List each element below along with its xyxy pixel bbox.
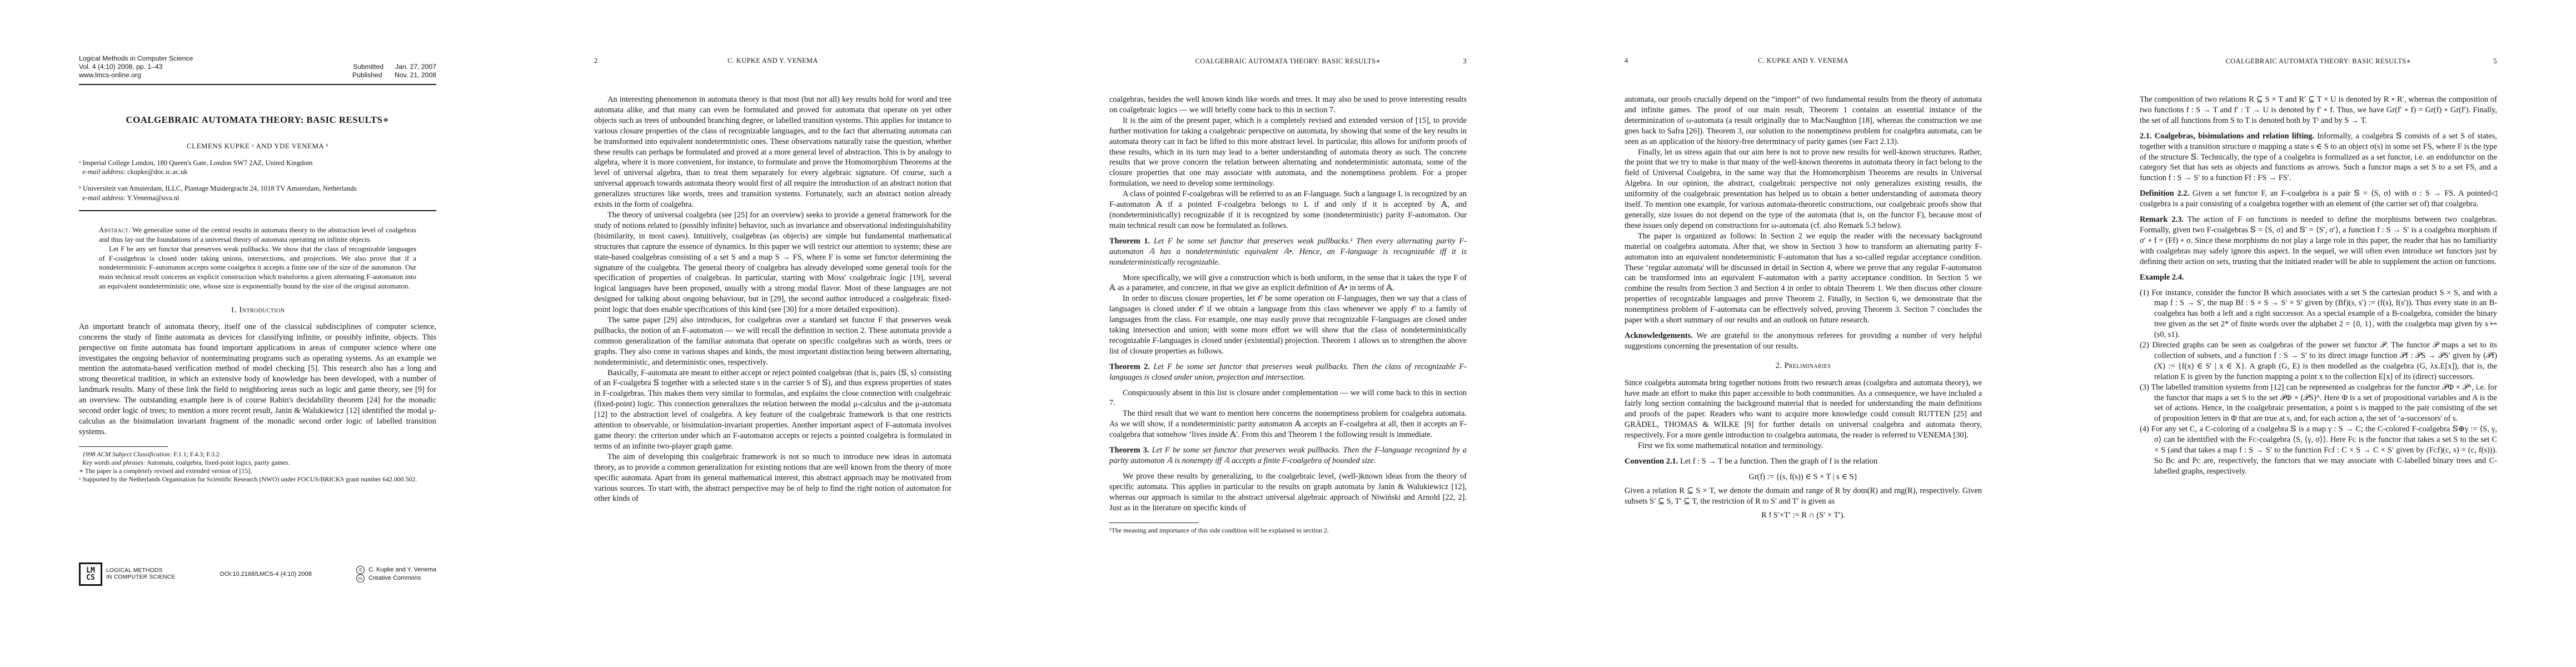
theorem-2-label: Theorem 2.	[1109, 362, 1150, 371]
footnote-acm: 1998 ACM Subject Classification: F.1.1; …	[79, 450, 436, 459]
paragraph: The aim of developing this coalgebraic f…	[594, 452, 951, 505]
page-2-body: An interesting phenomenon in automata th…	[594, 94, 951, 504]
restriction-formula: R↾S′×T′ := R ∩ (S′ × T′).	[1625, 510, 1982, 521]
running-head: COALGEBRAIC AUTOMATA THEORY: BASIC RESUL…	[1109, 57, 1467, 66]
page-1: Logical Methods in Computer Science Vol.…	[0, 0, 515, 667]
page-5: COALGEBRAIC AUTOMATA THEORY: BASIC RESUL…	[2061, 0, 2576, 667]
theorem-3-statement: Let F be some set functor that preserves…	[1109, 446, 1467, 465]
title-block-rule	[79, 210, 436, 211]
paragraph: In order to discuss closure properties, …	[1109, 293, 1467, 356]
cc-row: cc Creative Commons	[356, 574, 436, 583]
paragraph: We prove these results by generalizing, …	[1109, 471, 1467, 514]
example-item: (2) Directed graphs can be seen as coalg…	[2140, 340, 2497, 382]
example-2-4-label: Example 2.4.	[2140, 272, 2497, 283]
lmcs-logo-icon: LM CS	[79, 563, 102, 586]
affiliation-a-email: e-mail address: ckupke@doc.ic.ac.uk	[79, 167, 436, 176]
journal-url: www.lmcs-online.org	[79, 71, 193, 79]
running-head: 4 C. KUPKE AND Y. VENEMA	[1625, 57, 1982, 65]
theorem-1-label: Theorem 1.	[1109, 237, 1150, 246]
email-value: : Y.Venema@uva.nl	[123, 194, 179, 202]
copyright-icon: ©	[356, 566, 365, 574]
page-1-content: Logical Methods in Computer Science Vol.…	[79, 54, 436, 484]
running-head: COALGEBRAIC AUTOMATA THEORY: BASIC RESUL…	[2140, 57, 2497, 66]
authors-line: CLEMENS KUPKE ᵃ AND YDE VENEMA ᵇ	[79, 142, 436, 151]
remark-label: Remark 2.3.	[2140, 215, 2184, 224]
section-heading-preliminaries: 2. Preliminaries	[1625, 361, 1982, 371]
page-number: 2	[594, 57, 613, 65]
footnote-keywords: Key words and phrases: Automata, coalgeb…	[79, 459, 436, 467]
footnote-grant: ᵃ Supported by the Netherlands Organisat…	[79, 475, 436, 484]
page-3: COALGEBRAIC AUTOMATA THEORY: BASIC RESUL…	[1030, 0, 1546, 667]
paragraph: The paper is organized as follows: In Se…	[1625, 231, 1982, 326]
submitted-date: Jan. 27, 2007	[395, 63, 436, 71]
paper-title: COALGEBRAIC AUTOMATA THEORY: BASIC RESUL…	[79, 114, 436, 126]
definition-2-2: ◁Definition 2.2. Given a set functor F, …	[2140, 188, 2497, 210]
paragraph: The third result that we want to mention…	[1109, 409, 1467, 440]
theorem-2-statement: Let F be some set functor that preserves…	[1109, 362, 1467, 382]
page-number: 4	[1625, 57, 1643, 65]
publisher-brand: LOGICAL METHODS IN COMPUTER SCIENCE	[106, 568, 176, 581]
email-label: e-mail address	[82, 194, 123, 202]
abstract-text-1: We generalize some of the central result…	[99, 226, 416, 243]
journal-volume: Vol. 4 (4:10) 2008, pp. 1–43	[79, 63, 193, 71]
paragraph: A class of pointed F-coalgebras will be …	[1109, 189, 1467, 231]
subsection-2-1: 2.1. Coalgebras, bisimulations and relat…	[2140, 131, 2497, 184]
submitted-label: Submitted	[353, 63, 387, 71]
intro-paragraph: An important branch of automata theory, …	[79, 322, 436, 437]
running-head-title: COALGEBRAIC AUTOMATA THEORY: BASIC RESUL…	[2159, 57, 2478, 66]
abstract-label: Abstract.	[99, 226, 131, 234]
paragraph: Finally, let us stress again that our ai…	[1625, 147, 1982, 231]
running-head-title: COALGEBRAIC AUTOMATA THEORY: BASIC RESUL…	[1128, 57, 1448, 66]
cc-label: Creative Commons	[368, 574, 421, 583]
theorem-3-label: Theorem 3.	[1109, 446, 1149, 455]
paragraph: The composition of two relations R ⊆ S ×…	[2140, 94, 2497, 126]
footnote-rule	[1109, 522, 1198, 523]
published-date: Nov. 21, 2008	[395, 71, 436, 79]
email-label: e-mail address	[82, 168, 123, 176]
doi-text: DOI:10.2168/LMCS-4 (4:10) 2008	[176, 571, 357, 578]
graph-formula: Gr(f) := {(s, f(s)) ∈ S × T | s ∈ S}	[1625, 472, 1982, 482]
abstract-paragraph-2: Let F be any set functor that preserves …	[99, 245, 416, 291]
published-label: Published	[352, 71, 387, 79]
paragraph: More specifically, we will give a constr…	[1109, 273, 1467, 294]
paragraph: Basically, F-automata are meant to eithe…	[594, 368, 951, 452]
acknowledgements-label: Acknowledgements.	[1625, 331, 1693, 340]
subsection-2-1-label: 2.1. Coalgebras, bisimulations and relat…	[2140, 132, 2314, 141]
page-number: 3	[1448, 57, 1467, 66]
theorem-3: Theorem 3. Let F be some set functor tha…	[1109, 445, 1467, 466]
copyright-holders: C. Kupke and Y. Venema	[368, 566, 436, 574]
publisher-footer: LM CS LOGICAL METHODS IN COMPUTER SCIENC…	[79, 563, 436, 586]
affiliation-a-address: ᵃ Imperial College London, 180 Queen's G…	[79, 158, 436, 167]
journal-info: Logical Methods in Computer Science Vol.…	[79, 54, 193, 80]
submitted-row: Submitted Jan. 27, 2007	[352, 63, 436, 71]
theorem-1: Theorem 1. Let F be some set functor tha…	[1109, 236, 1467, 268]
convention-label: Convention 2.1.	[1625, 457, 1678, 466]
abstract-paragraph-1: Abstract. We generalize some of the cent…	[99, 226, 416, 245]
keywords-list: Automata, coalgebra, fixed-point logics,…	[146, 459, 290, 466]
paragraph: automata, our proofs crucially depend on…	[1625, 94, 1982, 147]
brand-line-2: IN COMPUTER SCIENCE	[106, 574, 176, 581]
creative-commons-icon: cc	[356, 574, 365, 583]
page-5-body: The composition of two relations R ⊆ S ×…	[2140, 94, 2497, 477]
example-item: (1) For instance, consider the functor B…	[2140, 288, 2497, 341]
footnote-star: ∗ The paper is a completely revised and …	[79, 467, 436, 475]
definition-text: Given a set functor F, an F-coalgebra is…	[2140, 189, 2491, 208]
definition-end-mark: ◁	[2491, 188, 2497, 199]
brand-line-1: LOGICAL METHODS	[106, 568, 176, 574]
paragraph: coalgebras, besides the well known kinds…	[1109, 94, 1467, 116]
affiliation-b-email: e-mail address: Y.Venema@uva.nl	[79, 193, 436, 202]
journal-masthead: Logical Methods in Computer Science Vol.…	[79, 54, 436, 80]
paragraph: It is the aim of the present paper, whic…	[1109, 116, 1467, 189]
affiliation-a: ᵃ Imperial College London, 180 Queen's G…	[79, 158, 436, 177]
theorem-2: Theorem 2. Let F be some set functor tha…	[1109, 362, 1467, 383]
definition-label: Definition 2.2.	[2140, 189, 2189, 198]
published-row: Published Nov. 21, 2008	[352, 71, 436, 79]
acm-codes: F.1.1; F.4.3; F.3.2.	[172, 450, 221, 458]
paragraph: The theory of universal coalgebra (see […	[594, 210, 951, 315]
paragraph: First we fix some mathematical notation …	[1625, 441, 1982, 451]
page-3-body: coalgebras, besides the well known kinds…	[1109, 94, 1467, 535]
paragraph: An interesting phenomenon in automata th…	[594, 94, 951, 210]
affiliation-b-address: ᵇ Universiteit van Amsterdam, ILLC, Plan…	[79, 184, 436, 193]
page-4: 4 C. KUPKE AND Y. VENEMA automata, our p…	[1546, 0, 2061, 667]
paragraph: Given a relation R ⊆ S × T, we denote th…	[1625, 486, 1982, 507]
example-item: (4) For any set C, a C-coloring of a coa…	[2140, 424, 2497, 477]
section-heading-introduction: 1. Introduction	[79, 306, 436, 315]
rights-block: © C. Kupke and Y. Venema cc Creative Com…	[356, 566, 436, 583]
affiliation-b: ᵇ Universiteit van Amsterdam, ILLC, Plan…	[79, 184, 436, 202]
acm-label: 1998 ACM Subject Classification:	[82, 450, 172, 458]
running-head-authors: C. KUPKE AND Y. VENEMA	[1643, 57, 1963, 65]
footnote-1: ¹The meaning and importance of this side…	[1109, 526, 1467, 535]
footnote-rule	[79, 446, 168, 447]
keywords-label: Key words and phrases:	[82, 459, 146, 466]
submission-dates: Submitted Jan. 27, 2007 Published Nov. 2…	[352, 63, 436, 79]
journal-name: Logical Methods in Computer Science	[79, 54, 193, 63]
paragraph: Since coalgebra automata bring together …	[1625, 378, 1982, 441]
copyright-row: © C. Kupke and Y. Venema	[356, 566, 436, 574]
acknowledgements: Acknowledgements. We are grateful to the…	[1625, 331, 1982, 352]
example-item: (3) The labelled transition systems from…	[2140, 382, 2497, 425]
remark-2-3: Remark 2.3. The action of F on functions…	[2140, 215, 2497, 267]
running-head-authors: C. KUPKE AND Y. VENEMA	[613, 57, 933, 65]
theorem-1-statement: Let F be some set functor that preserves…	[1109, 237, 1467, 267]
remark-text: The action of F on functions is needed t…	[2140, 215, 2497, 266]
page-2: 2 C. KUPKE AND Y. VENEMA An interesting …	[515, 0, 1030, 667]
page-number: 5	[2478, 57, 2497, 66]
page-4-body: automata, our proofs crucially depend on…	[1625, 94, 1982, 524]
paper-spread: Logical Methods in Computer Science Vol.…	[0, 0, 2576, 667]
paragraph: Conspicuously absent in this list is clo…	[1109, 388, 1467, 409]
email-value: : ckupke@doc.ic.ac.uk	[123, 168, 187, 176]
running-head: 2 C. KUPKE AND Y. VENEMA	[594, 57, 951, 65]
convention-text-1: Let f : S → T be a function. Then the gr…	[1678, 457, 1877, 466]
masthead-rule	[79, 84, 436, 85]
logo-cs: CS	[86, 574, 95, 581]
paragraph: The same paper [29] also introduces, for…	[594, 315, 951, 368]
convention-2-1: Convention 2.1. Let f : S → T be a funct…	[1625, 456, 1982, 467]
abstract: Abstract. We generalize some of the cent…	[99, 226, 416, 291]
